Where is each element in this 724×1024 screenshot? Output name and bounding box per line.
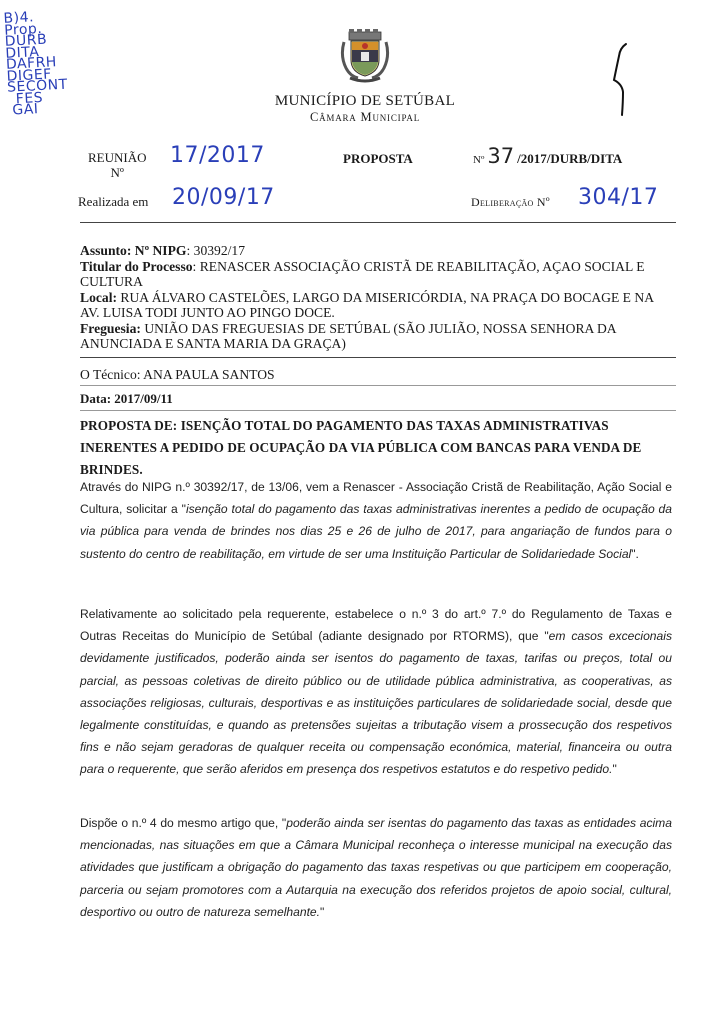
p2-end: " [612, 762, 616, 776]
assunto-line: Assunto: Nº NIPG: 30392/17 [80, 243, 670, 259]
p3-text: Dispõe o n.º 4 do mesmo artigo que, " [80, 816, 286, 830]
handwritten-stroke-icon [600, 40, 640, 125]
paragraph-2: Relativamente ao solicitado pela requere… [80, 603, 672, 781]
reuniao-number: 17/2017 [170, 143, 265, 168]
titular-line: Titular do Processo: RENASCER ASSOCIAÇÃO… [80, 259, 670, 290]
divider [80, 222, 676, 223]
p1-end: ". [631, 547, 639, 561]
realizada-label: Realizada em [78, 194, 148, 210]
margin-notes: B)4. Prop. DURB DITA DAFRH DIGEF SECONT … [3, 10, 78, 117]
reuniao-label-line2: Nº [88, 165, 147, 180]
tecnico-value: ANA PAULA SANTOS [141, 367, 275, 382]
p3-end: " [320, 905, 324, 919]
freguesia-line: Freguesia: UNIÃO DAS FREGUESIAS DE SETÚB… [80, 321, 670, 352]
data-value: 2017/09/11 [111, 391, 173, 406]
local-label: Local: [80, 290, 117, 305]
divider [80, 357, 676, 358]
local-value: RUA ÁLVARO CASTELÕES, LARGO DA MISERICÓR… [80, 290, 653, 321]
reuniao-label-line1: REUNIÃO [88, 150, 147, 165]
titular-label: Titular do Processo [80, 259, 193, 274]
number-suffix: /2017/DURB/DITA [517, 151, 622, 166]
paragraph-3: Dispõe o n.º 4 do mesmo artigo que, "pod… [80, 812, 672, 923]
coat-of-arms-icon [340, 28, 390, 84]
divider [80, 385, 676, 386]
freguesia-label: Freguesia: [80, 321, 141, 336]
proposta-number: Nº37/2017/DURB/DITA [473, 144, 622, 168]
deliberacao-number: 304/17 [578, 185, 658, 210]
local-line: Local: RUA ÁLVARO CASTELÕES, LARGO DA MI… [80, 290, 670, 321]
paragraph-1: Através do NIPG n.º 30392/17, de 13/06, … [80, 476, 672, 565]
margin-note: GAI [8, 102, 79, 117]
realizada-date: 20/09/17 [172, 185, 275, 210]
number-prefix: Nº [473, 154, 484, 166]
freguesia-value: UNIÃO DAS FREGUESIAS DE SETÚBAL (SÃO JUL… [80, 321, 616, 352]
p3-quote: poderão ainda ser isentas do pagamento d… [80, 816, 672, 919]
chamber-name: Câmara Municipal [250, 110, 480, 125]
process-info: Assunto: Nº NIPG: 30392/17 Titular do Pr… [80, 243, 670, 352]
reuniao-label: REUNIÃO Nº [88, 150, 147, 180]
tecnico-label: O Técnico: [80, 367, 141, 382]
data-label: Data: [80, 391, 111, 406]
proposta-handwritten-number: 37 [487, 144, 514, 168]
assunto-value: : 30392/17 [186, 243, 245, 258]
tecnico-line: O Técnico: ANA PAULA SANTOS [80, 367, 275, 383]
deliberacao-label: Deliberação Nº [471, 195, 550, 210]
p2-quote: em casos excecionais devidamente justifi… [80, 629, 672, 776]
divider [80, 410, 676, 411]
data-line: Data: 2017/09/11 [80, 391, 173, 407]
municipality-name: MUNICÍPIO DE SETÚBAL [250, 93, 480, 110]
proposal-subject: PROPOSTA DE: ISENÇÃO TOTAL DO PAGAMENTO … [80, 415, 680, 481]
assunto-label: Assunto: Nº NIPG [80, 243, 186, 258]
proposta-label: PROPOSTA [343, 151, 413, 167]
